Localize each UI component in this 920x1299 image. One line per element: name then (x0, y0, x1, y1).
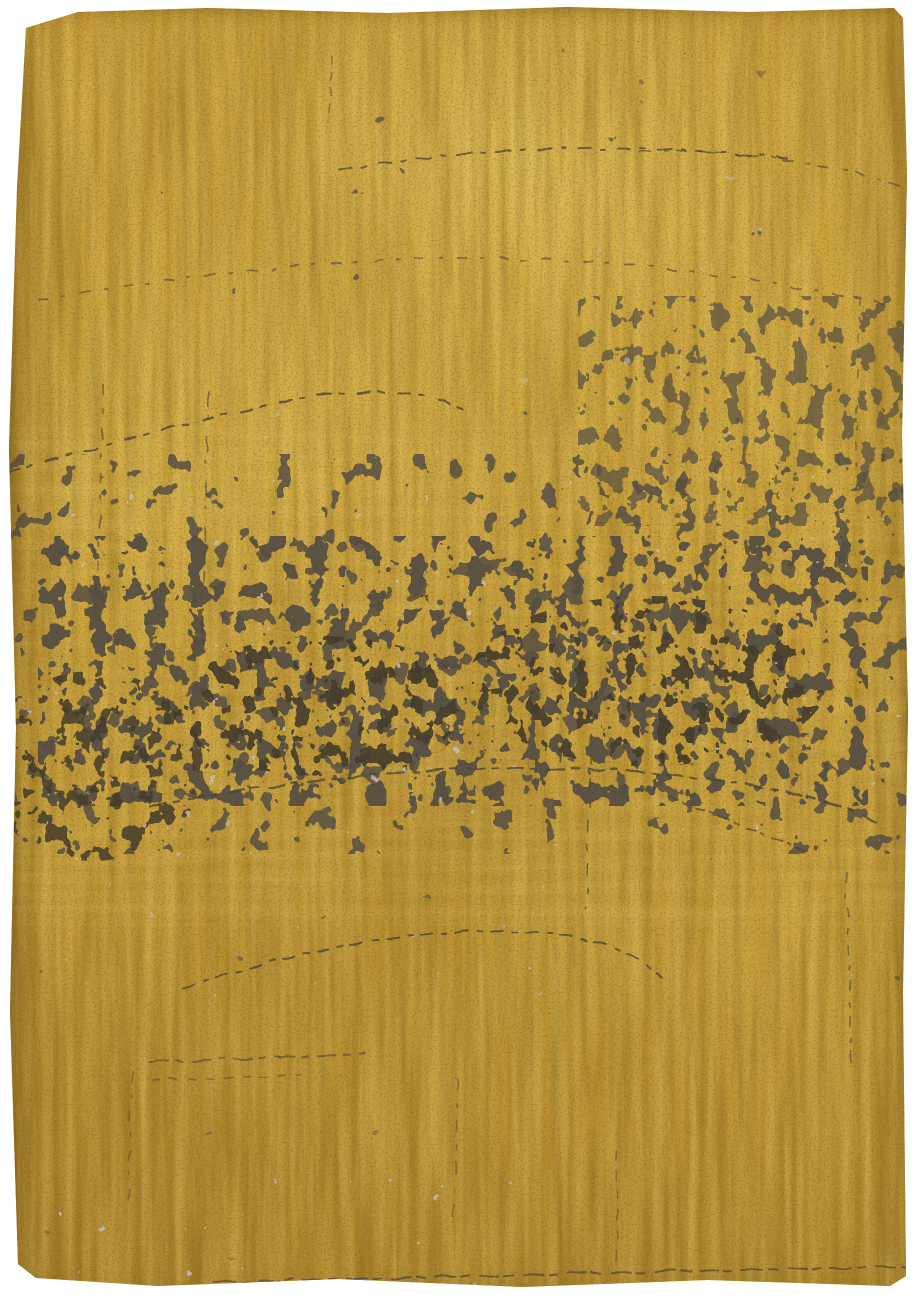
product-photo-canvas: Full-frame product photograph of a recta… (0, 0, 920, 1299)
grain-layer (8, 6, 908, 1292)
rug-texture-layers (8, 6, 908, 1292)
photo-caption: Full-frame product photograph of a recta… (0, 0, 1, 1)
page: { "photo": { "subject": "gold-distressed… (0, 0, 920, 1299)
rug-grain-overlay (8, 6, 908, 1292)
rug-photo (8, 6, 908, 1292)
